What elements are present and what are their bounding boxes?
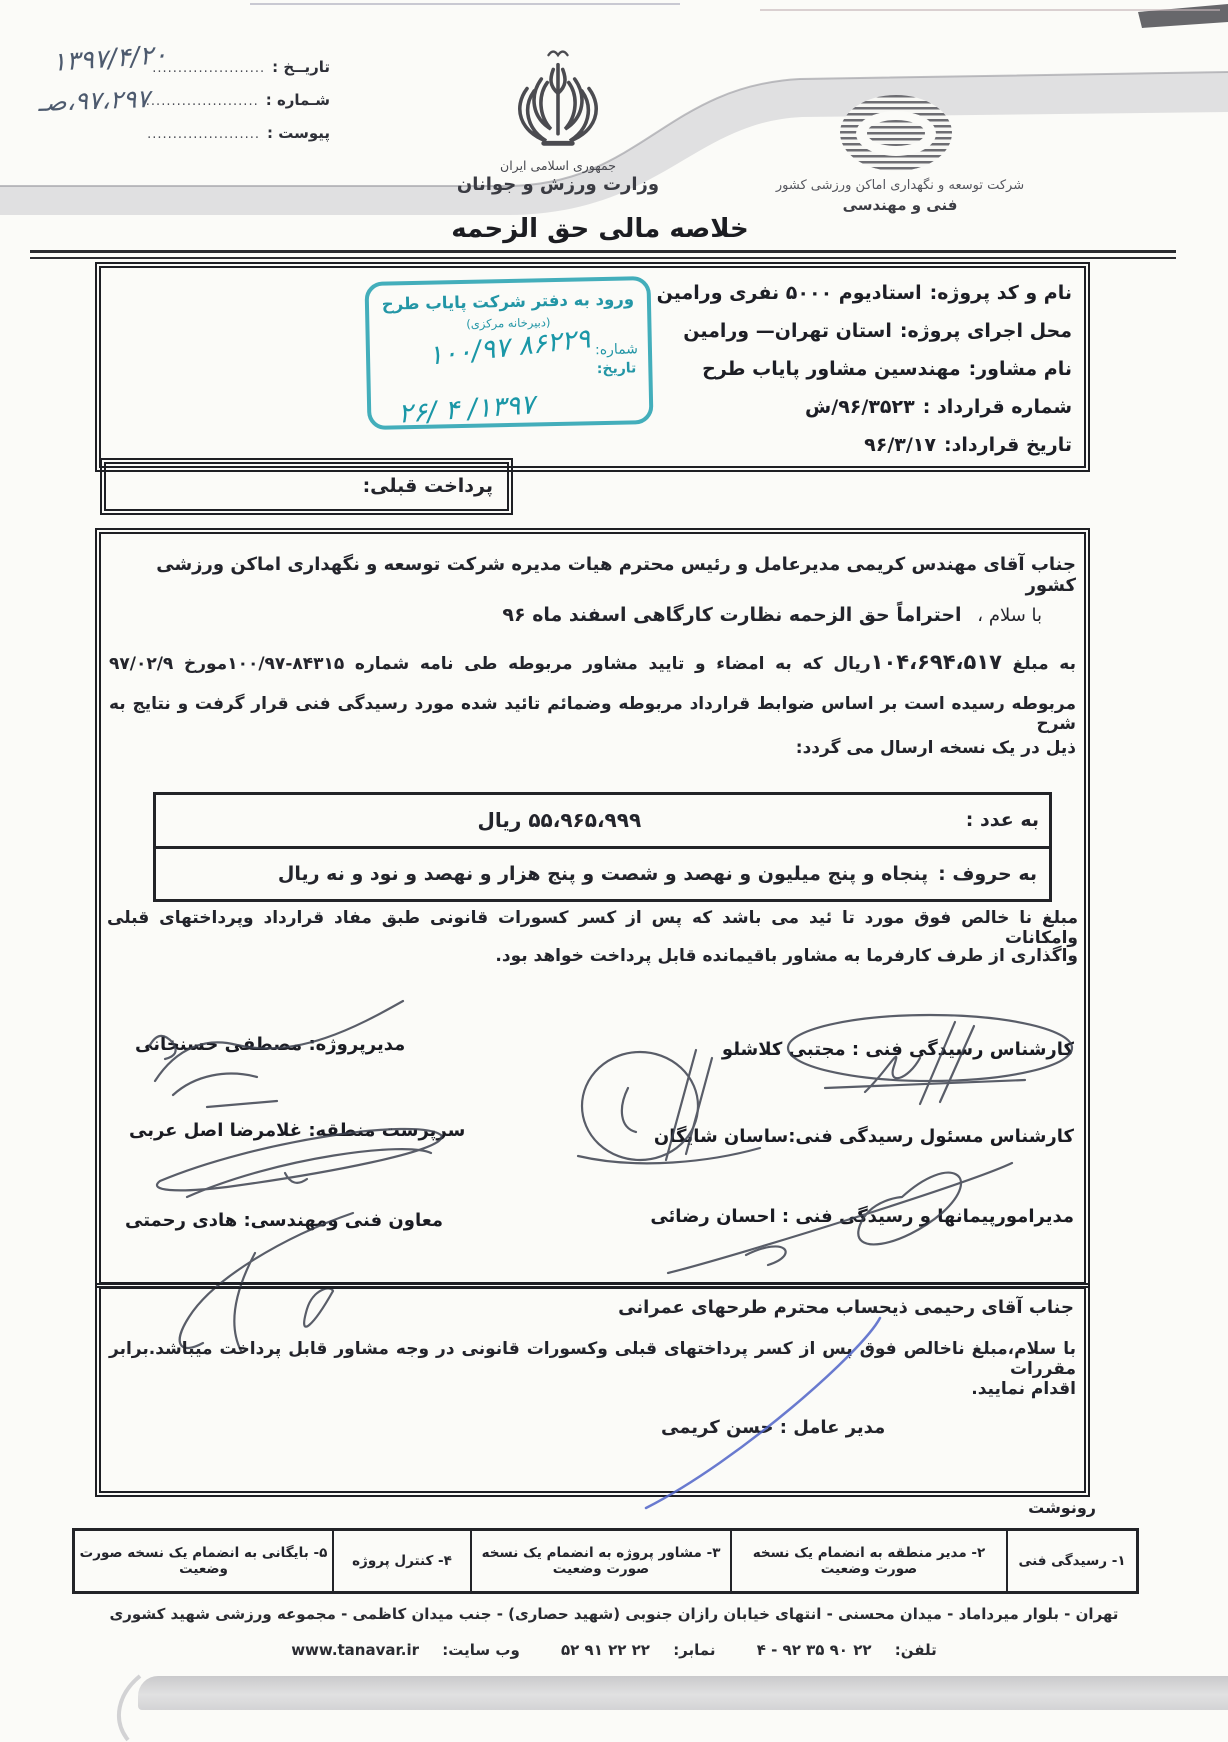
ministry-block: جمهوری اسلامی ایران وزارت ورزش و جوانان: [408, 158, 708, 195]
amount-digits: ۵۵،۹۶۵،۹۹۹: [528, 808, 641, 832]
signature-expert: کارشناس رسیدگی فنی : مجتبی کلاشلو: [722, 1039, 1074, 1060]
company-block: شرکت توسعه و نگهداری اماکن ورزشی کشور فن…: [735, 178, 1065, 214]
logo-ring: [856, 111, 936, 156]
approval-line-1: با سلام،مبلغ ناخالص فوق پس از کسر پرداخت…: [109, 1339, 1076, 1379]
amount-prefix: به مبلغ: [1013, 654, 1076, 674]
field-value: ۹۶/۳۵۲۳/ش: [805, 396, 915, 418]
stamp-line1: ورود به دفتر شرکت پایاب طرح: [369, 289, 647, 314]
date-dots: ......................: [152, 61, 265, 76]
field-value: مهندسین مشاور پایاب طرح: [702, 358, 960, 380]
phone-label: تلفن:: [895, 1641, 937, 1659]
field-value: استان تهران— ورامین: [683, 320, 892, 342]
handwritten-number: ۹۷،۲۹۷،صـ: [38, 84, 151, 117]
field-label: نام مشاور:: [969, 358, 1072, 380]
note-line-1: مبلغ نا خالص فوق مورد تا ئید می باشد که …: [107, 908, 1078, 948]
company-department: فنی و مهندسی: [735, 196, 1065, 214]
phone: تلفن: ۲۲ ۹۰ ۳۵ ۹۲ - ۴: [748, 1641, 946, 1659]
attachment-label: پیوست :: [267, 124, 330, 142]
amount-number-label: به عدد :: [966, 795, 1039, 845]
field-label: شماره قرارداد :: [923, 396, 1072, 418]
amount-words-label: به حروف :: [938, 863, 1037, 885]
stamp-number-label: شماره:: [595, 341, 638, 358]
approval-line-2: اقدام نمایید.: [971, 1379, 1076, 1399]
amount-words-row: به حروف :پنجاه و پنج میلیون و نهصد و شصت…: [156, 849, 1049, 899]
website-label: وب سایت:: [442, 1641, 520, 1659]
meta-attachment-row: پیوست : ......................: [30, 124, 330, 142]
letter-body: جناب آقای مهندس کریمی مدیرعامل و رئیس مح…: [101, 534, 1084, 1282]
amount-table: به عدد : ۵۵،۹۶۵،۹۹۹ ریال به حروف :پنجاه …: [153, 792, 1052, 902]
scan-band-bottom: [138, 1676, 1228, 1710]
signature-region-supervisor: سرپرست منطقه: غلامرضا اصل عربی: [129, 1120, 465, 1141]
copies-cell-3: ۳- مشاور پروژه به انضمام یک نسخه صورت وض…: [470, 1531, 730, 1591]
field-label: محل اجرای پروژه:: [900, 320, 1072, 342]
scanned-letter-page: تاریــخ : ...................... شـماره …: [0, 0, 1228, 1742]
document-title: خلاصه مالی حق الزحمه: [120, 214, 1080, 244]
signature-contracts-manager: مدیرامورپیمانها و رسیدگی فنی : احسان رضا…: [650, 1206, 1074, 1227]
subject-text: احتراماً حق الزحمه نظارت کارگاهی اسفند م…: [502, 604, 961, 626]
company-logo-icon: [840, 95, 952, 171]
approval-heading: جناب آقای رحیمی ذیحساب محترم طرحهای عمرا…: [618, 1297, 1074, 1318]
managing-director-signature: مدیر عامل : حسن کریمی: [661, 1417, 885, 1438]
date-label: تاریــخ :: [272, 58, 330, 76]
copies-cell-5: ۵- بایگانی به انضمام یک نسخه صورت وضعیت: [75, 1531, 332, 1591]
copies-cell-1: ۱- رسیدگی فنی: [1006, 1531, 1136, 1591]
logo-core: [867, 120, 925, 146]
amount-words-value: پنجاه و پنج میلیون و نهصد و شصت و پنج هز…: [278, 863, 928, 885]
copies-cell-2: ۲- مدیر منطقه به انضمام یک نسخه صورت وضع…: [730, 1531, 1006, 1591]
field-label: تاریخ قرارداد:: [944, 434, 1072, 456]
website-value: www.tanavar.ir: [291, 1641, 419, 1659]
copies-cell-4: ۴- کنترل پروژه: [332, 1531, 470, 1591]
ministry-name: وزارت ورزش و جوانان: [408, 174, 708, 195]
amount-number-row: به عدد : ۵۵،۹۶۵،۹۹۹ ریال: [156, 795, 1049, 849]
signature-technical-deputy: معاون فنی ومهندسی: هادی رحمتی: [125, 1210, 443, 1231]
amount-number-value: ۵۵،۹۶۵،۹۹۹ ریال: [477, 795, 641, 845]
salutation-line: جناب آقای مهندس کریمی مدیرعامل و رئیس مح…: [109, 554, 1076, 596]
signature-project-manager: مدیرپروژه: مصطفی حسنخانی: [135, 1034, 405, 1055]
currency-label: ریال: [477, 808, 521, 832]
approval-box: جناب آقای رحیمی ذیحساب محترم طرحهای عمرا…: [95, 1283, 1090, 1497]
website: وب سایت: www.tanavar.ir: [282, 1641, 529, 1659]
company-name: شرکت توسعه و نگهداری اماکن ورزشی کشور: [735, 178, 1065, 193]
copies-label: رونوشت: [1028, 1498, 1096, 1517]
title-divider: [30, 250, 1176, 259]
subject-line: با سلام ، احتراماً حق الزحمه نظارت کارگا…: [502, 604, 1042, 626]
field-label: نام و کد پروژه:: [930, 282, 1072, 304]
letter-body-box: جناب آقای مهندس کریمی مدیرعامل و رئیس مح…: [95, 528, 1090, 1288]
body-line-2: مربوطه رسیده است بر اساس ضوابط قرارداد م…: [109, 694, 1076, 734]
fax-value: ۲۲ ۲۲ ۹۱ ۵۲: [561, 1641, 650, 1659]
fax-label: نمابر:: [673, 1641, 715, 1659]
phone-value: ۲۲ ۹۰ ۳۵ ۹۲ - ۴: [757, 1641, 872, 1659]
attachment-dots: ......................: [147, 127, 260, 142]
country-name: جمهوری اسلامی ایران: [408, 158, 708, 173]
scan-curve-bottom-left: [100, 1660, 220, 1742]
field-value: ۹۶/۳/۱۷: [864, 434, 936, 456]
signature-senior-expert: کارشناس مسئول رسیدگی فنی:ساسان شایگان: [654, 1126, 1074, 1147]
iran-emblem-icon: [498, 48, 618, 160]
footer-contact: تلفن: ۲۲ ۹۰ ۳۵ ۹۲ - ۴ نمابر: ۲۲ ۲۲ ۹۱ ۵۲…: [0, 1641, 1228, 1659]
body-line-3: ذیل در یک نسخه ارسال می گردد:: [796, 738, 1076, 758]
footer-address: تهران - بلوار میرداماد - میدان محسنی - ا…: [0, 1605, 1228, 1623]
field-value: استادیوم ۵۰۰۰ نفری ورامین: [657, 282, 922, 304]
number-dots: ......................: [146, 94, 259, 109]
copies-table: ۱- رسیدگی فنی ۲- مدیر منطقه به انضمام یک…: [72, 1528, 1139, 1594]
body-text-1: ریال که به امضاء و تایید مشاور مربوطه طی…: [109, 654, 871, 674]
fax: نمابر: ۲۲ ۲۲ ۹۱ ۵۲: [552, 1641, 724, 1659]
number-label: شـماره :: [266, 91, 330, 109]
note-line-2: واگذاری از طرف کارفرما به مشاور باقیماند…: [495, 946, 1078, 966]
previous-payment-box: پرداخت قبلی:: [100, 458, 513, 515]
gross-amount: ۱۰۴،۶۹۴،۵۱۷: [871, 650, 1002, 674]
body-line-1: به مبلغ ۱۰۴،۶۹۴،۵۱۷ریال که به امضاء و تا…: [109, 650, 1076, 674]
greeting-text: با سلام ،: [977, 605, 1042, 626]
